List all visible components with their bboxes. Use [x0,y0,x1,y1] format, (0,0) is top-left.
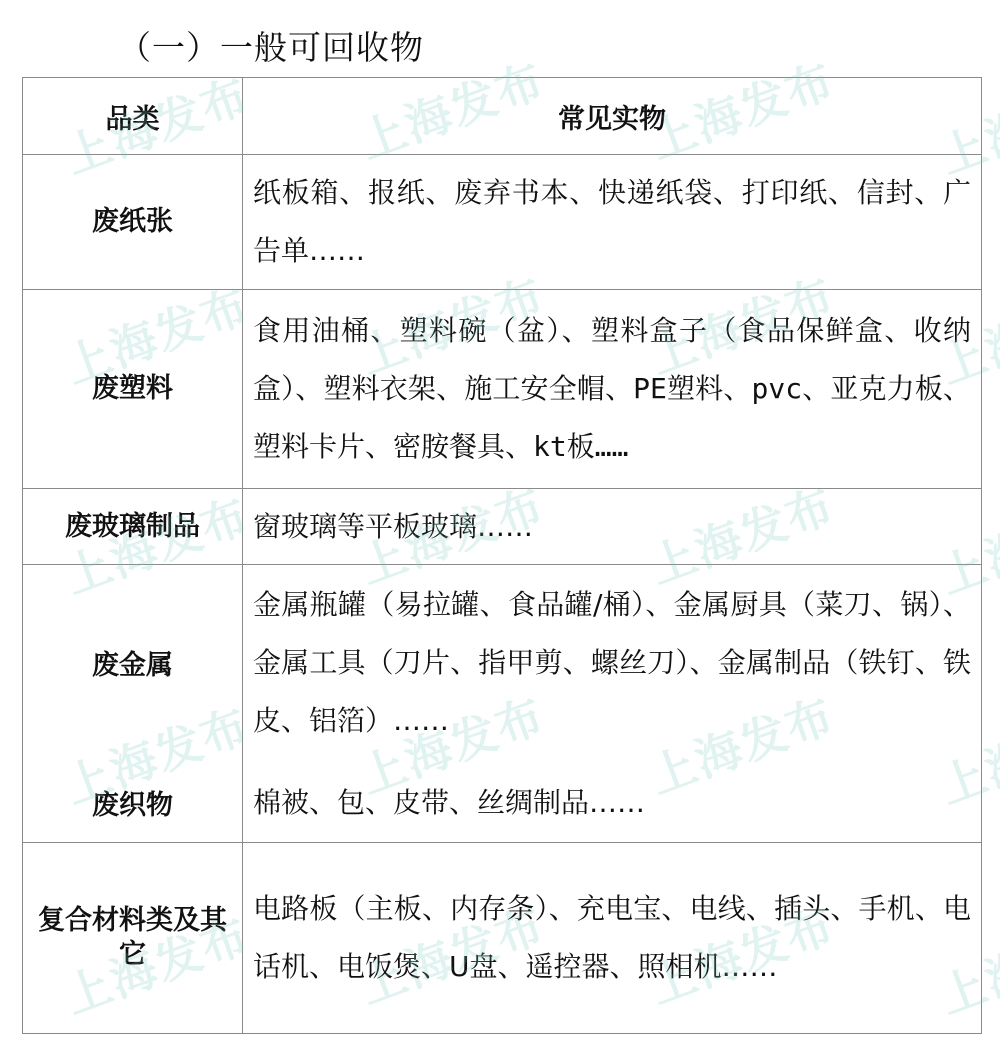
category-textile: 废织物 [23,789,242,823]
header-category: 品类 [23,78,243,155]
section-title: （一）一般可回收物 [118,22,424,74]
category-metal: 废金属 [23,649,242,683]
table-row: 废塑料 食用油桶、塑料碗（盆）、塑料盒子（食品保鲜盒、收纳盒）、塑料衣架、施工安… [23,290,982,489]
items-cell: 纸板箱、报纸、废弃书本、快递纸袋、打印纸、信封、广告单…… [243,155,982,290]
category-cell: 废玻璃制品 [23,489,243,565]
spacer [253,750,971,774]
table-row: 废纸张 纸板箱、报纸、废弃书本、快递纸袋、打印纸、信封、广告单…… [23,155,982,290]
items-cell-group: 金属瓶罐（易拉罐、食品罐/桶）、金属厨具（菜刀、锅）、金属工具（刀片、指甲剪、螺… [243,565,982,843]
table-row: 复合材料类及其它 电路板（主板、内存条）、充电宝、电线、插头、手机、电话机、电饭… [23,843,982,1034]
items-text: 食用油桶、塑料碗（盆）、塑料盒子（食品保鲜盒、收纳盒）、塑料衣架、施工安全帽、P… [253,314,971,463]
table-row: 废金属 废织物 金属瓶罐（易拉罐、食品罐/桶）、金属厨具（菜刀、锅）、金属工具（… [23,565,982,843]
category-cell: 废塑料 [23,290,243,489]
table-header-row: 品类 常见实物 [23,78,982,155]
items-cell: 窗玻璃等平板玻璃…… [243,489,982,565]
items-metal: 金属瓶罐（易拉罐、食品罐/桶）、金属厨具（菜刀、锅）、金属工具（刀片、指甲剪、螺… [253,576,971,750]
category-cell: 废纸张 [23,155,243,290]
category-cell-group: 废金属 废织物 [23,565,243,843]
table-row: 废玻璃制品 窗玻璃等平板玻璃…… [23,489,982,565]
category-text: 复合材料类及其它 [38,904,228,972]
items-textile: 棉被、包、皮带、丝绸制品…… [253,774,971,832]
header-items: 常见实物 [243,78,982,155]
items-cell: 食用油桶、塑料碗（盆）、塑料盒子（食品保鲜盒、收纳盒）、塑料衣架、施工安全帽、P… [243,290,982,489]
items-cell: 电路板（主板、内存条）、充电宝、电线、插头、手机、电话机、电饭煲、U盘、遥控器、… [243,843,982,1034]
category-cell: 复合材料类及其它 [23,843,243,1034]
recyclables-table: 品类 常见实物 废纸张 纸板箱、报纸、废弃书本、快递纸袋、打印纸、信封、广告单…… [22,77,982,1034]
